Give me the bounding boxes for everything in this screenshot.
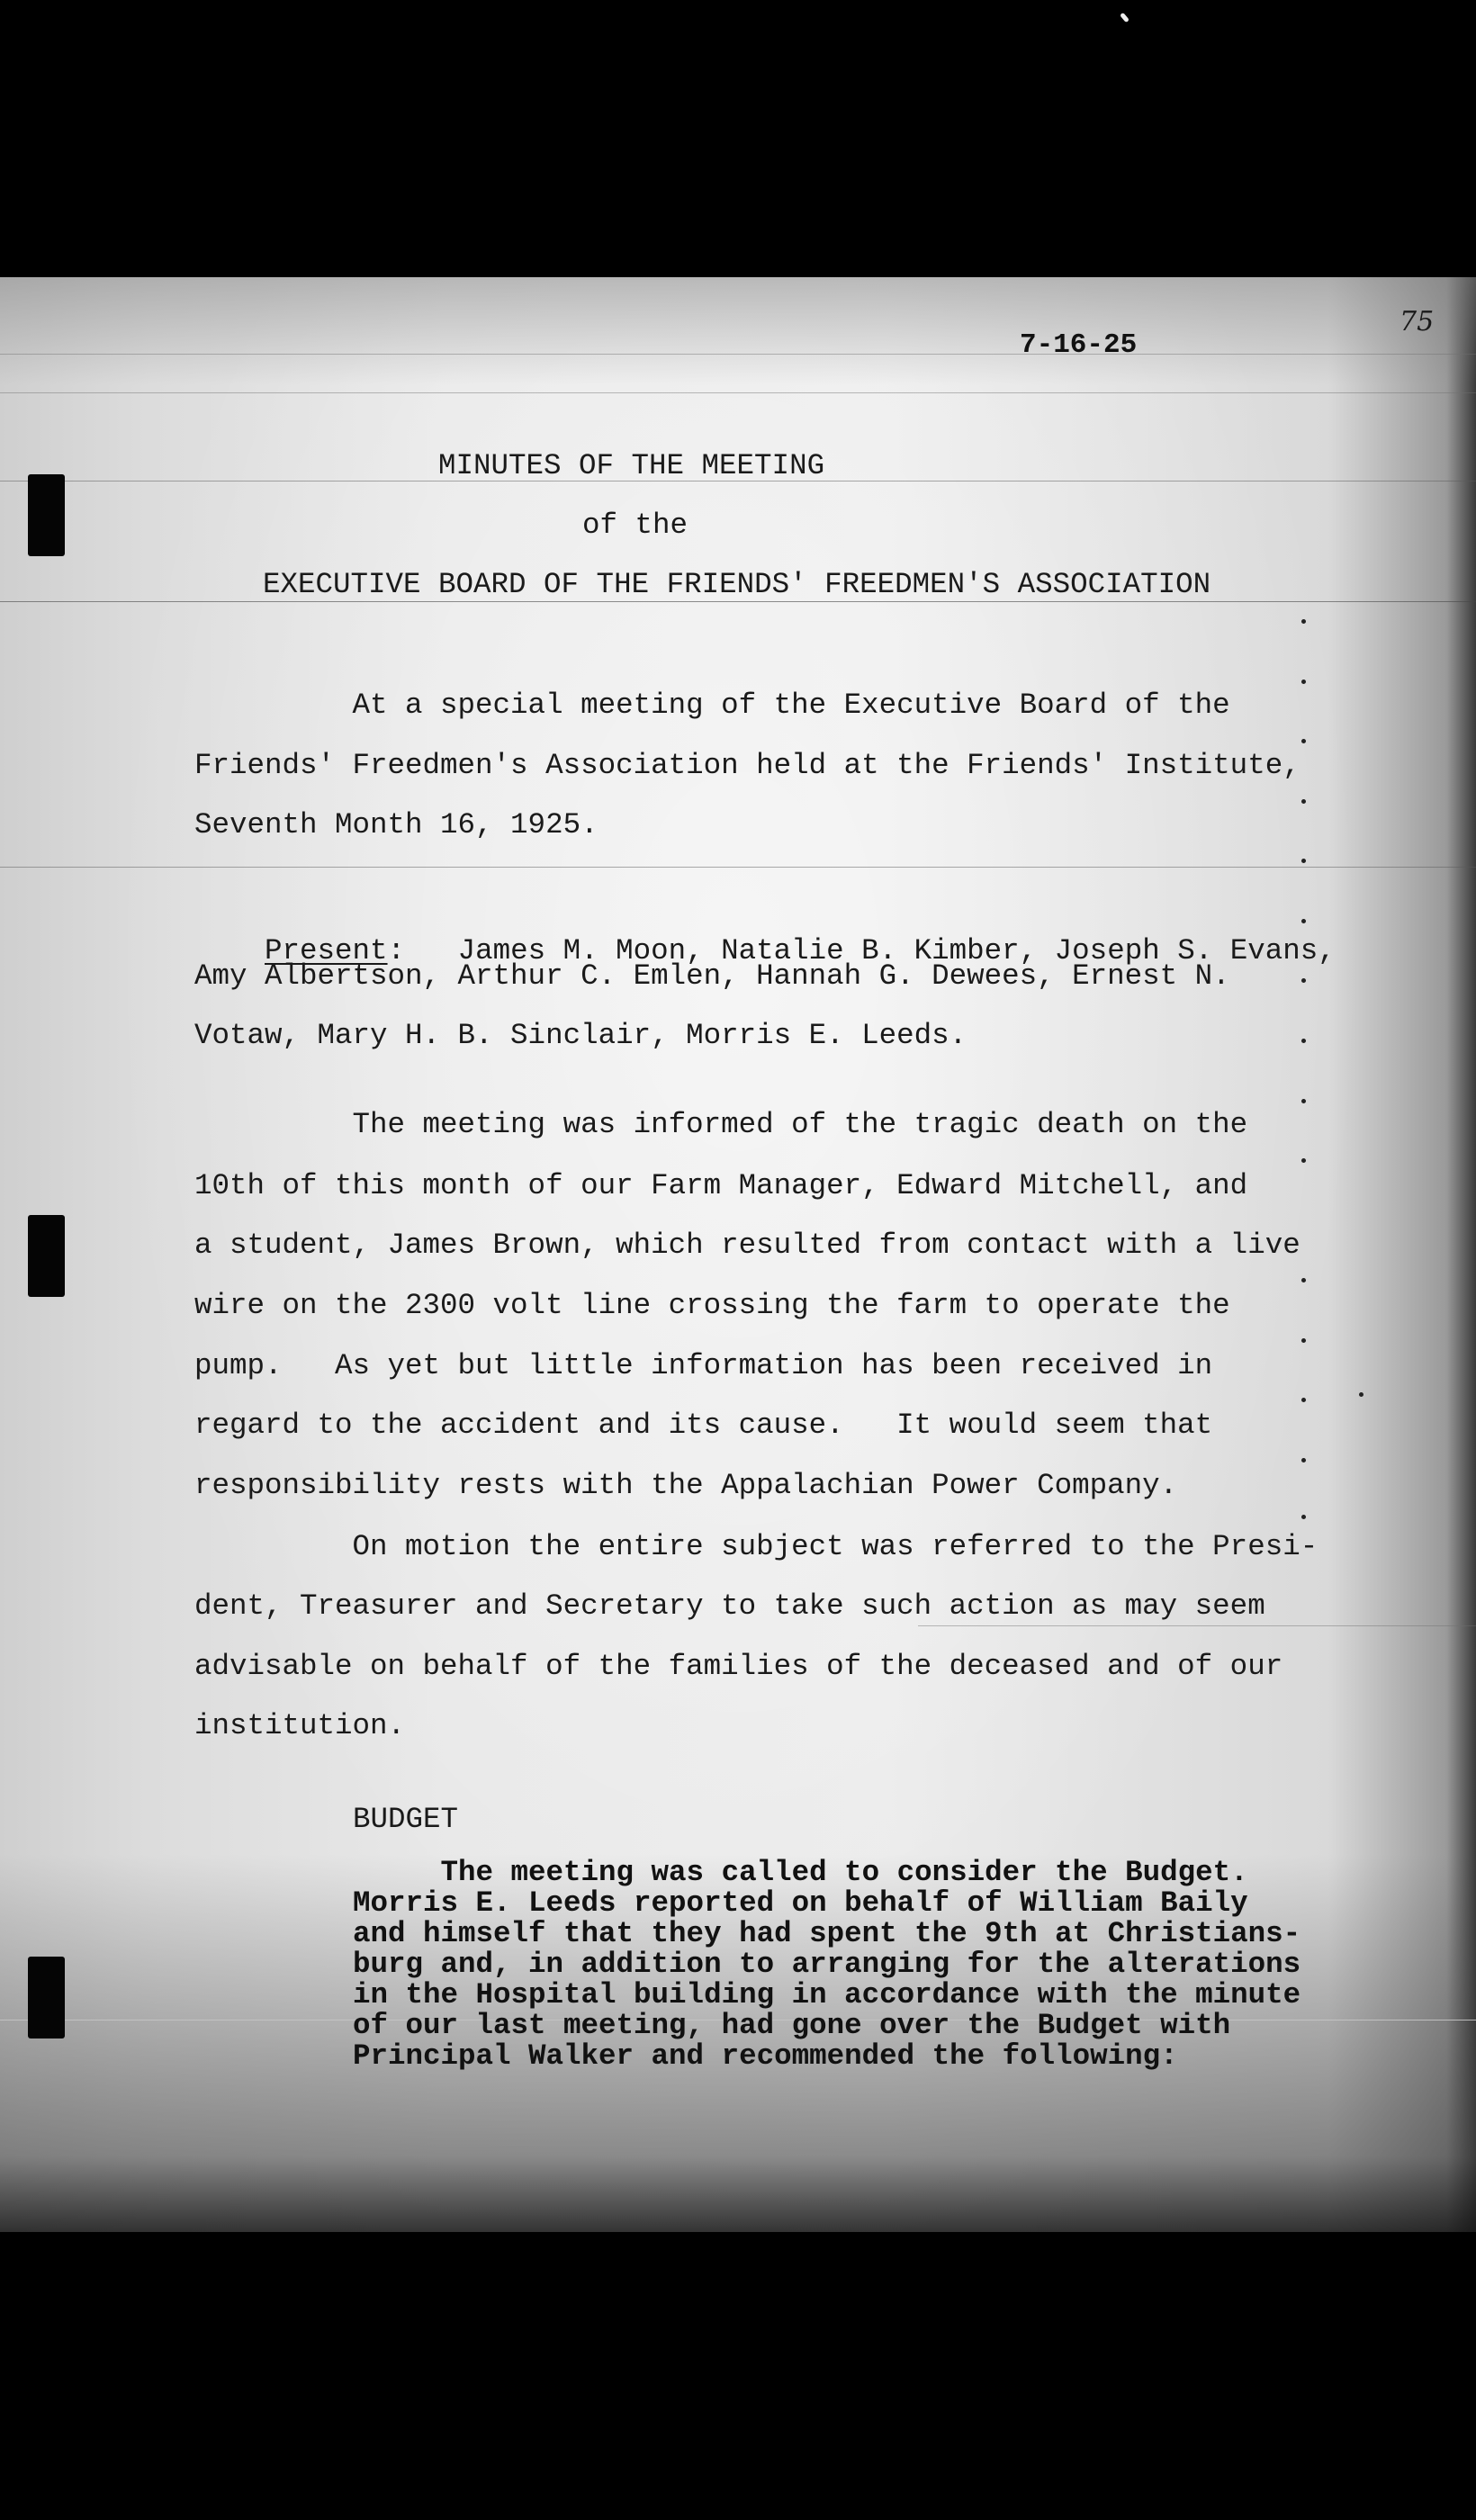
margin-dot xyxy=(1301,739,1306,743)
text-line: pump. As yet but little information has … xyxy=(194,1348,1212,1384)
microfilm-top-border xyxy=(0,0,1476,279)
margin-dot xyxy=(1301,1099,1306,1103)
text-line: At a special meeting of the Executive Bo… xyxy=(194,688,1230,724)
margin-dot xyxy=(1359,1392,1363,1397)
budget-heading: BUDGET xyxy=(353,1802,458,1838)
ruled-line xyxy=(0,354,1476,355)
margin-dot xyxy=(1301,679,1306,684)
title-line-3: EXECUTIVE BOARD OF THE FRIENDS' FREEDMEN… xyxy=(263,567,1210,603)
title-line-1: MINUTES OF THE MEETING xyxy=(438,448,824,484)
film-registration-mark xyxy=(28,1215,65,1297)
margin-dot xyxy=(1301,1338,1306,1343)
text-line: advisable on behalf of the families of t… xyxy=(194,1649,1282,1685)
margin-dot xyxy=(1301,619,1306,624)
attendees-line-2: Amy Albertson, Arthur C. Emlen, Hannah G… xyxy=(194,958,1230,994)
document-date: 7-16-25 xyxy=(1020,328,1137,364)
margin-dot xyxy=(1301,919,1306,923)
title-line-2: of the xyxy=(582,508,688,544)
film-registration-mark xyxy=(28,474,65,556)
page-number: 75 xyxy=(1399,306,1434,337)
text-line: Morris E. Leeds reported on behalf of Wi… xyxy=(353,1888,1248,1919)
margin-dot xyxy=(1301,1039,1306,1043)
text-line: Friends' Freedmen's Association held at … xyxy=(194,748,1300,784)
text-line: dent, Treasurer and Secretary to take su… xyxy=(194,1588,1265,1624)
text-line: burg and, in addition to arranging for t… xyxy=(353,1949,1300,1980)
film-scratch xyxy=(1120,13,1129,23)
film-registration-mark xyxy=(28,1957,65,2038)
text-line: On motion the entire subject was referre… xyxy=(194,1529,1318,1565)
margin-dot xyxy=(1301,1278,1306,1282)
text-line: wire on the 2300 volt line crossing the … xyxy=(194,1288,1230,1324)
text-line: regard to the accident and its cause. It… xyxy=(194,1408,1212,1444)
margin-dot xyxy=(1301,978,1306,983)
margin-dot xyxy=(1301,1398,1306,1402)
text-line: Seventh Month 16, 1925. xyxy=(194,807,598,843)
margin-dot xyxy=(1301,1515,1306,1519)
text-line: 10th of this month of our Farm Manager, … xyxy=(194,1168,1247,1204)
text-line: Principal Walker and recommended the fol… xyxy=(353,2041,1178,2072)
text-line: of our last meeting, had gone over the B… xyxy=(353,2011,1230,2041)
ruled-line xyxy=(0,392,1476,393)
text-line: and himself that they had spent the 9th … xyxy=(353,1919,1300,1949)
margin-dot xyxy=(1301,1158,1306,1163)
text-line: institution. xyxy=(194,1708,405,1744)
microfilm-bottom-border xyxy=(0,2232,1476,2520)
ruled-line xyxy=(918,1625,1476,1626)
text-line: The meeting was called to consider the B… xyxy=(353,1858,1248,1888)
ruled-line xyxy=(0,867,1476,868)
text-line: The meeting was informed of the tragic d… xyxy=(194,1107,1247,1143)
margin-dot xyxy=(1301,859,1306,863)
attendees-line-3: Votaw, Mary H. B. Sinclair, Morris E. Le… xyxy=(194,1018,967,1054)
text-line: a student, James Brown, which resulted f… xyxy=(194,1228,1300,1264)
margin-dot xyxy=(1301,799,1306,804)
text-line: in the Hospital building in accordance w… xyxy=(353,1980,1300,2011)
margin-dot xyxy=(1301,1458,1306,1462)
text-line: responsibility rests with the Appalachia… xyxy=(194,1468,1177,1504)
